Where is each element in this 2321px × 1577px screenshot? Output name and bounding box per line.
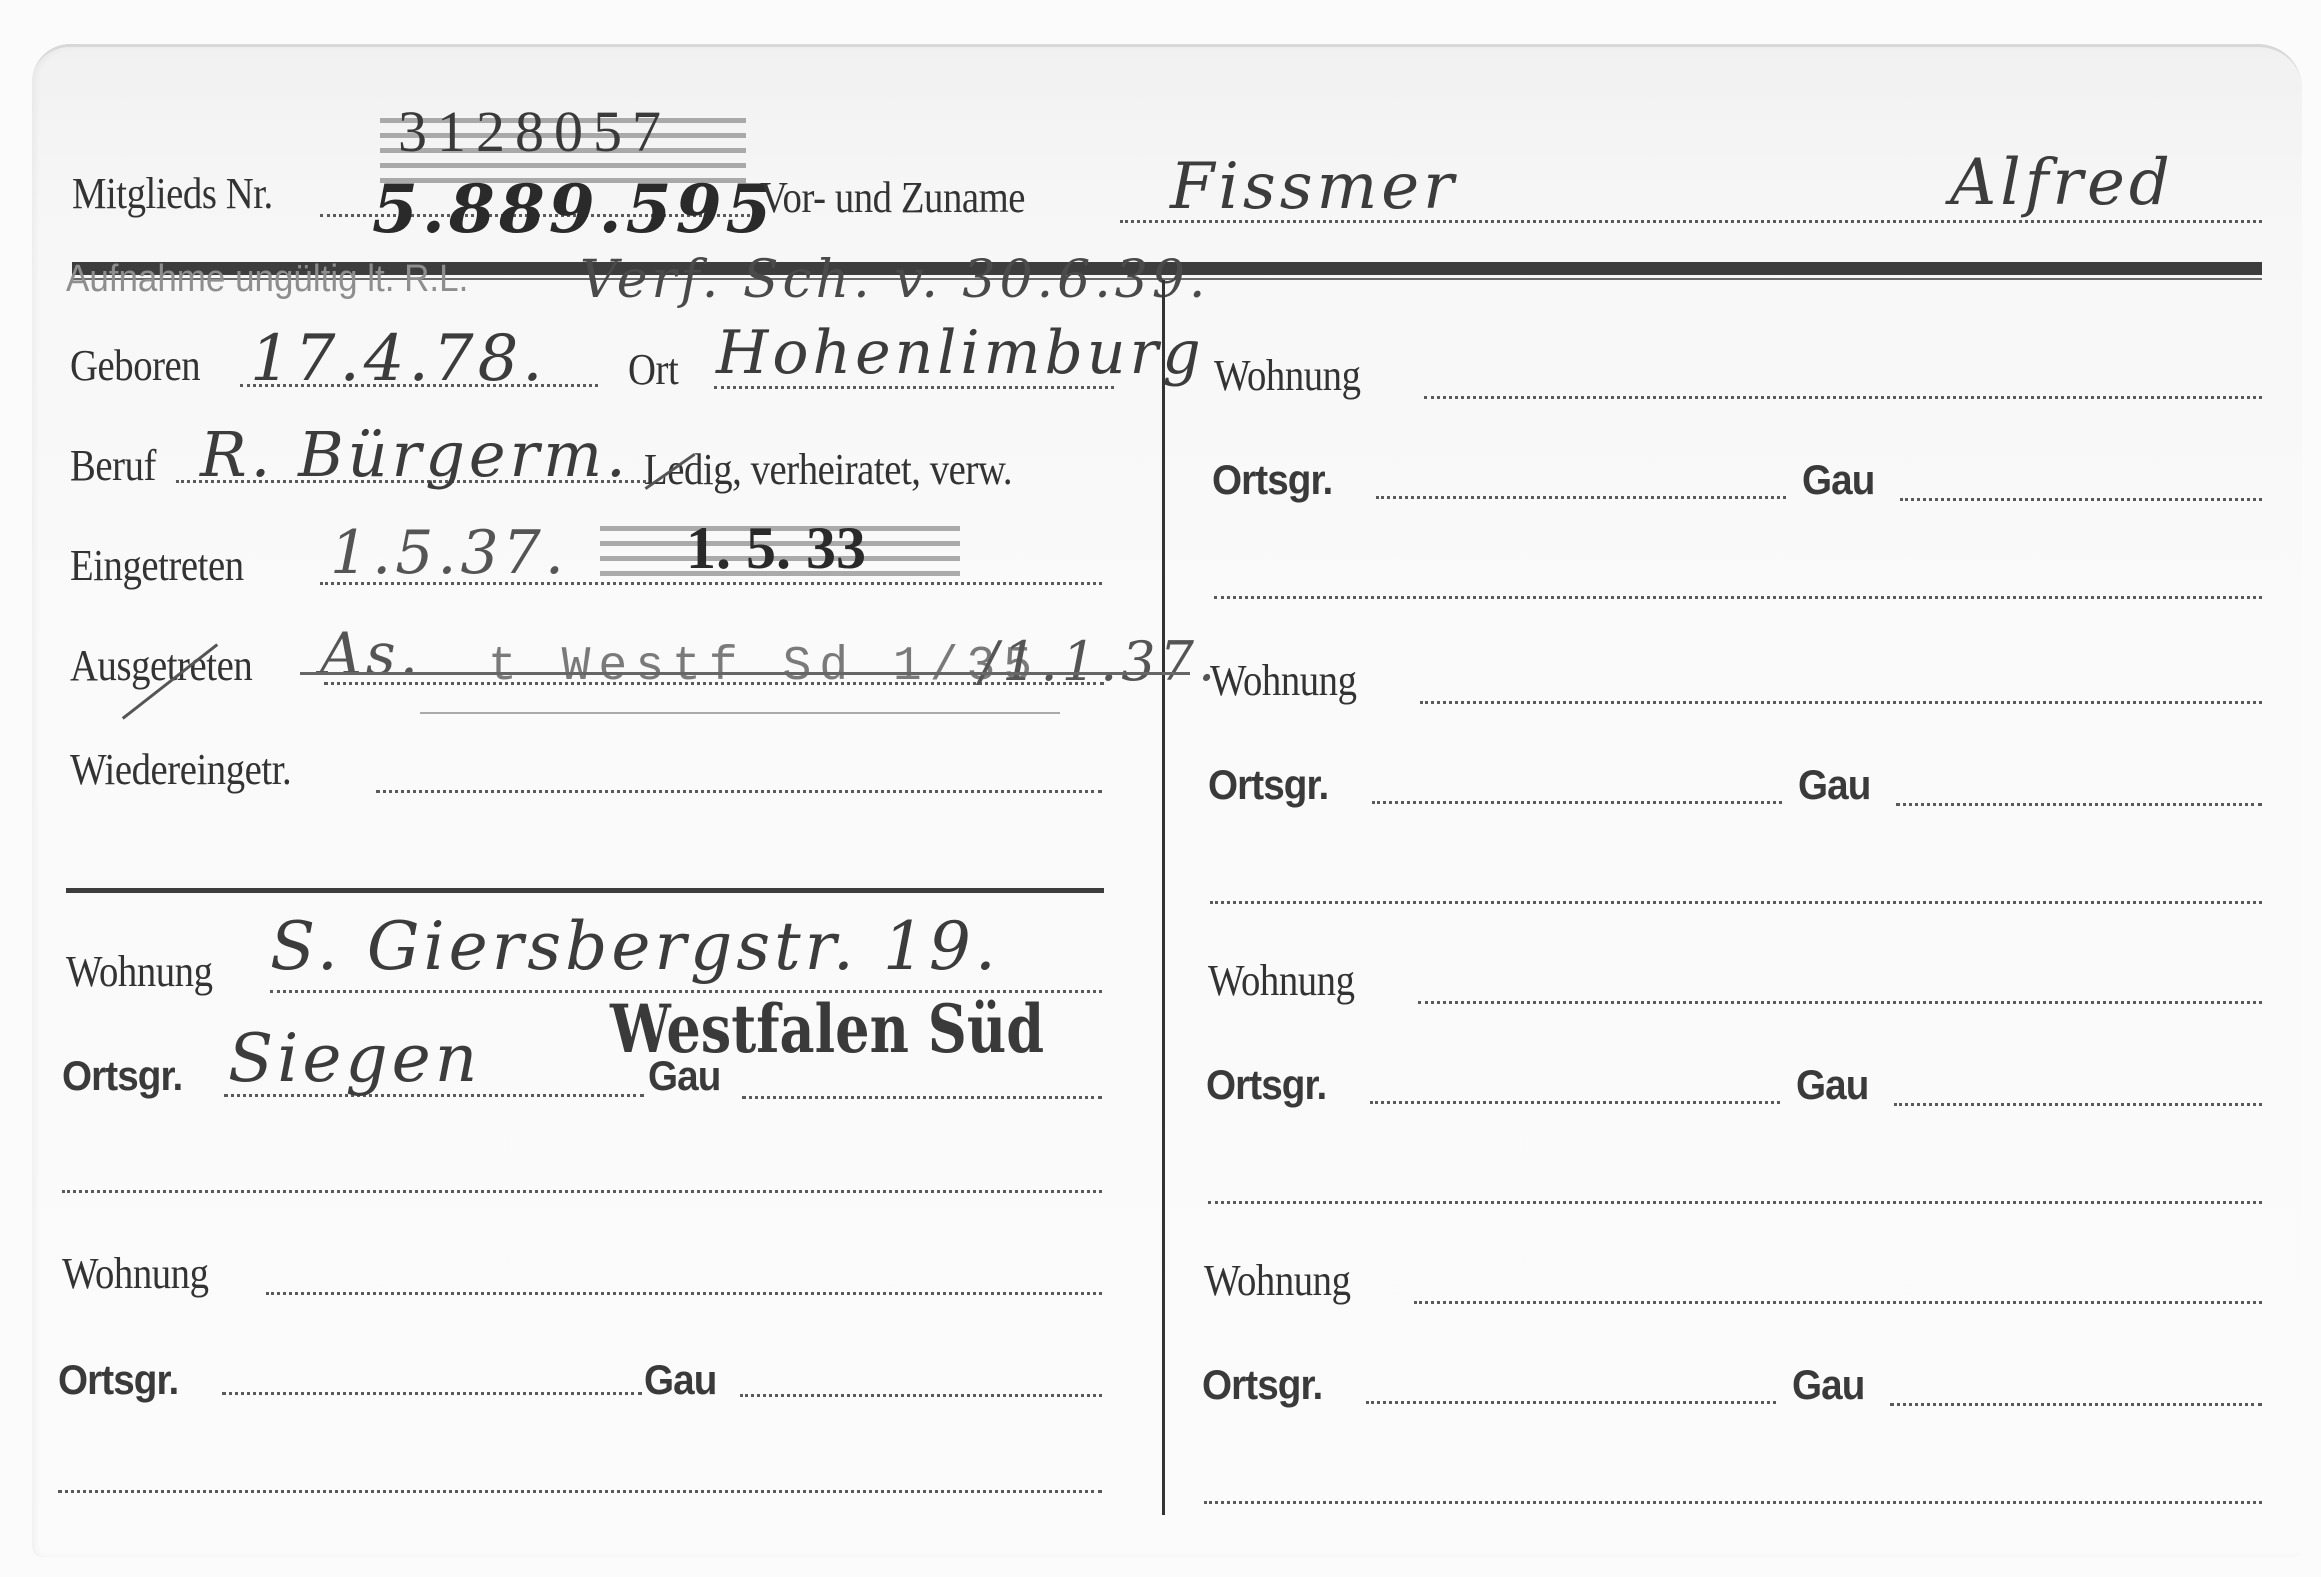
firstname-handwritten: Alfred (1950, 146, 2174, 220)
right-address-1-gau-label: Gau (1802, 456, 1874, 504)
left-address-2-wohnung-dotted-line (266, 1292, 1102, 1295)
right-address-3-extra-dotted-line (1208, 1201, 2262, 1204)
left-handwritten: As. (320, 620, 422, 688)
born-label: Geboren (70, 340, 200, 391)
member-number-label: Mitglieds Nr. (72, 168, 273, 219)
invalid-membership-note: Verf. Sch. v. 30.6.39. (580, 250, 1209, 310)
right-address-3-wohnung-dotted-line (1418, 1001, 2262, 1004)
place-value: Hohenlimburg (716, 318, 1205, 388)
right-address-4-extra-dotted-line (1204, 1501, 2262, 1504)
marital-status-label: Ledig, verheiratet, verw. (644, 444, 1012, 495)
left-address-2-extra-dotted-line (58, 1490, 1102, 1493)
right-address-1-gau-dotted-line (1900, 498, 2262, 501)
left-label: Ausgetreten (70, 640, 252, 691)
right-address-1-ortsgr-label: Ortsgr. (1212, 456, 1332, 504)
right-address-4-ortsgr-dotted-line (1366, 1401, 1776, 1404)
right-address-4-wohnung-dotted-line (1414, 1301, 2262, 1304)
rejoined-dotted-line (376, 790, 1102, 793)
born-value: 17.4.78. (250, 322, 547, 396)
left-entry-strike (300, 672, 1190, 675)
member-number-handwritten: 5.889.595 (372, 170, 775, 248)
right-address-4-gau-dotted-line (1890, 1403, 2262, 1406)
joined-stamp: 1. 5. 33 (686, 514, 866, 583)
right-address-4-wohnung-label: Wohnung (1204, 1255, 1351, 1306)
left-address-1-wohnung-label: Wohnung (66, 946, 213, 997)
right-address-2-ortsgr-label: Ortsgr. (1208, 761, 1328, 809)
left-entry-underline (420, 712, 1060, 714)
left-address-1-ortsgr-value: Siegen (228, 1020, 481, 1097)
rejoined-label: Wiedereingetr. (70, 744, 291, 795)
column-divider (1162, 280, 1165, 1515)
name-label: Vor- und Zuname (760, 172, 1025, 223)
right-address-2-gau-label: Gau (1798, 761, 1870, 809)
right-address-2-wohnung-dotted-line (1420, 701, 2262, 704)
right-address-4-gau-label: Gau (1792, 1361, 1864, 1409)
left-address-1-ortsgr-label: Ortsgr. (62, 1052, 182, 1100)
right-address-2-wohnung-label: Wohnung (1210, 655, 1357, 706)
right-address-3-ortsgr-label: Ortsgr. (1206, 1061, 1326, 1109)
right-address-1-ortsgr-dotted-line (1376, 496, 1786, 499)
left-address-1-wohnung-value: S. Giersbergstr. 19. (270, 908, 1000, 985)
right-address-2-extra-dotted-line (1210, 901, 2262, 904)
left-address-1-extra-dotted-line (62, 1190, 1102, 1193)
left-section-rule (66, 888, 1104, 893)
surname-handwritten: Fissmer (1170, 150, 1458, 224)
left-address-2-ortsgr-dotted-line (222, 1392, 642, 1395)
old-member-number: 3128057 (398, 98, 671, 165)
joined-handwritten: 1.5.37. (330, 518, 568, 588)
right-address-1-wohnung-dotted-line (1424, 396, 2262, 399)
right-address-1-wohnung-label: Wohnung (1214, 350, 1361, 401)
profession-value: R. Bürgerm. (200, 418, 630, 491)
right-address-2-ortsgr-dotted-line (1372, 801, 1782, 804)
left-address-2-wohnung-label: Wohnung (62, 1248, 209, 1299)
left-address-2-gau-label: Gau (644, 1356, 716, 1404)
right-address-3-wohnung-label: Wohnung (1208, 955, 1355, 1006)
right-address-2-gau-dotted-line (1896, 803, 2262, 806)
left-address-1-gau-dotted-line (742, 1096, 1102, 1099)
joined-label: Eingetreten (70, 540, 244, 591)
left-typed-entry: t Westf Sd 1/35 (488, 640, 1040, 694)
right-address-4-ortsgr-label: Ortsgr. (1202, 1361, 1322, 1409)
right-address-3-ortsgr-dotted-line (1370, 1101, 1780, 1104)
left-handwritten-tail: /1.1.37. (980, 630, 1219, 693)
right-address-3-gau-label: Gau (1796, 1061, 1868, 1109)
profession-label: Beruf (70, 440, 156, 491)
left-address-2-gau-dotted-line (740, 1394, 1102, 1397)
right-address-1-extra-dotted-line (1214, 596, 2262, 599)
invalid-membership-stamp: Aufnahme ungültig lt. R.L. (66, 258, 468, 301)
place-label: Ort (628, 344, 678, 395)
left-address-1-gau-stamp: Westfalen Süd (610, 990, 1044, 1068)
right-address-3-gau-dotted-line (1894, 1103, 2262, 1106)
left-address-2-ortsgr-label: Ortsgr. (58, 1356, 178, 1404)
